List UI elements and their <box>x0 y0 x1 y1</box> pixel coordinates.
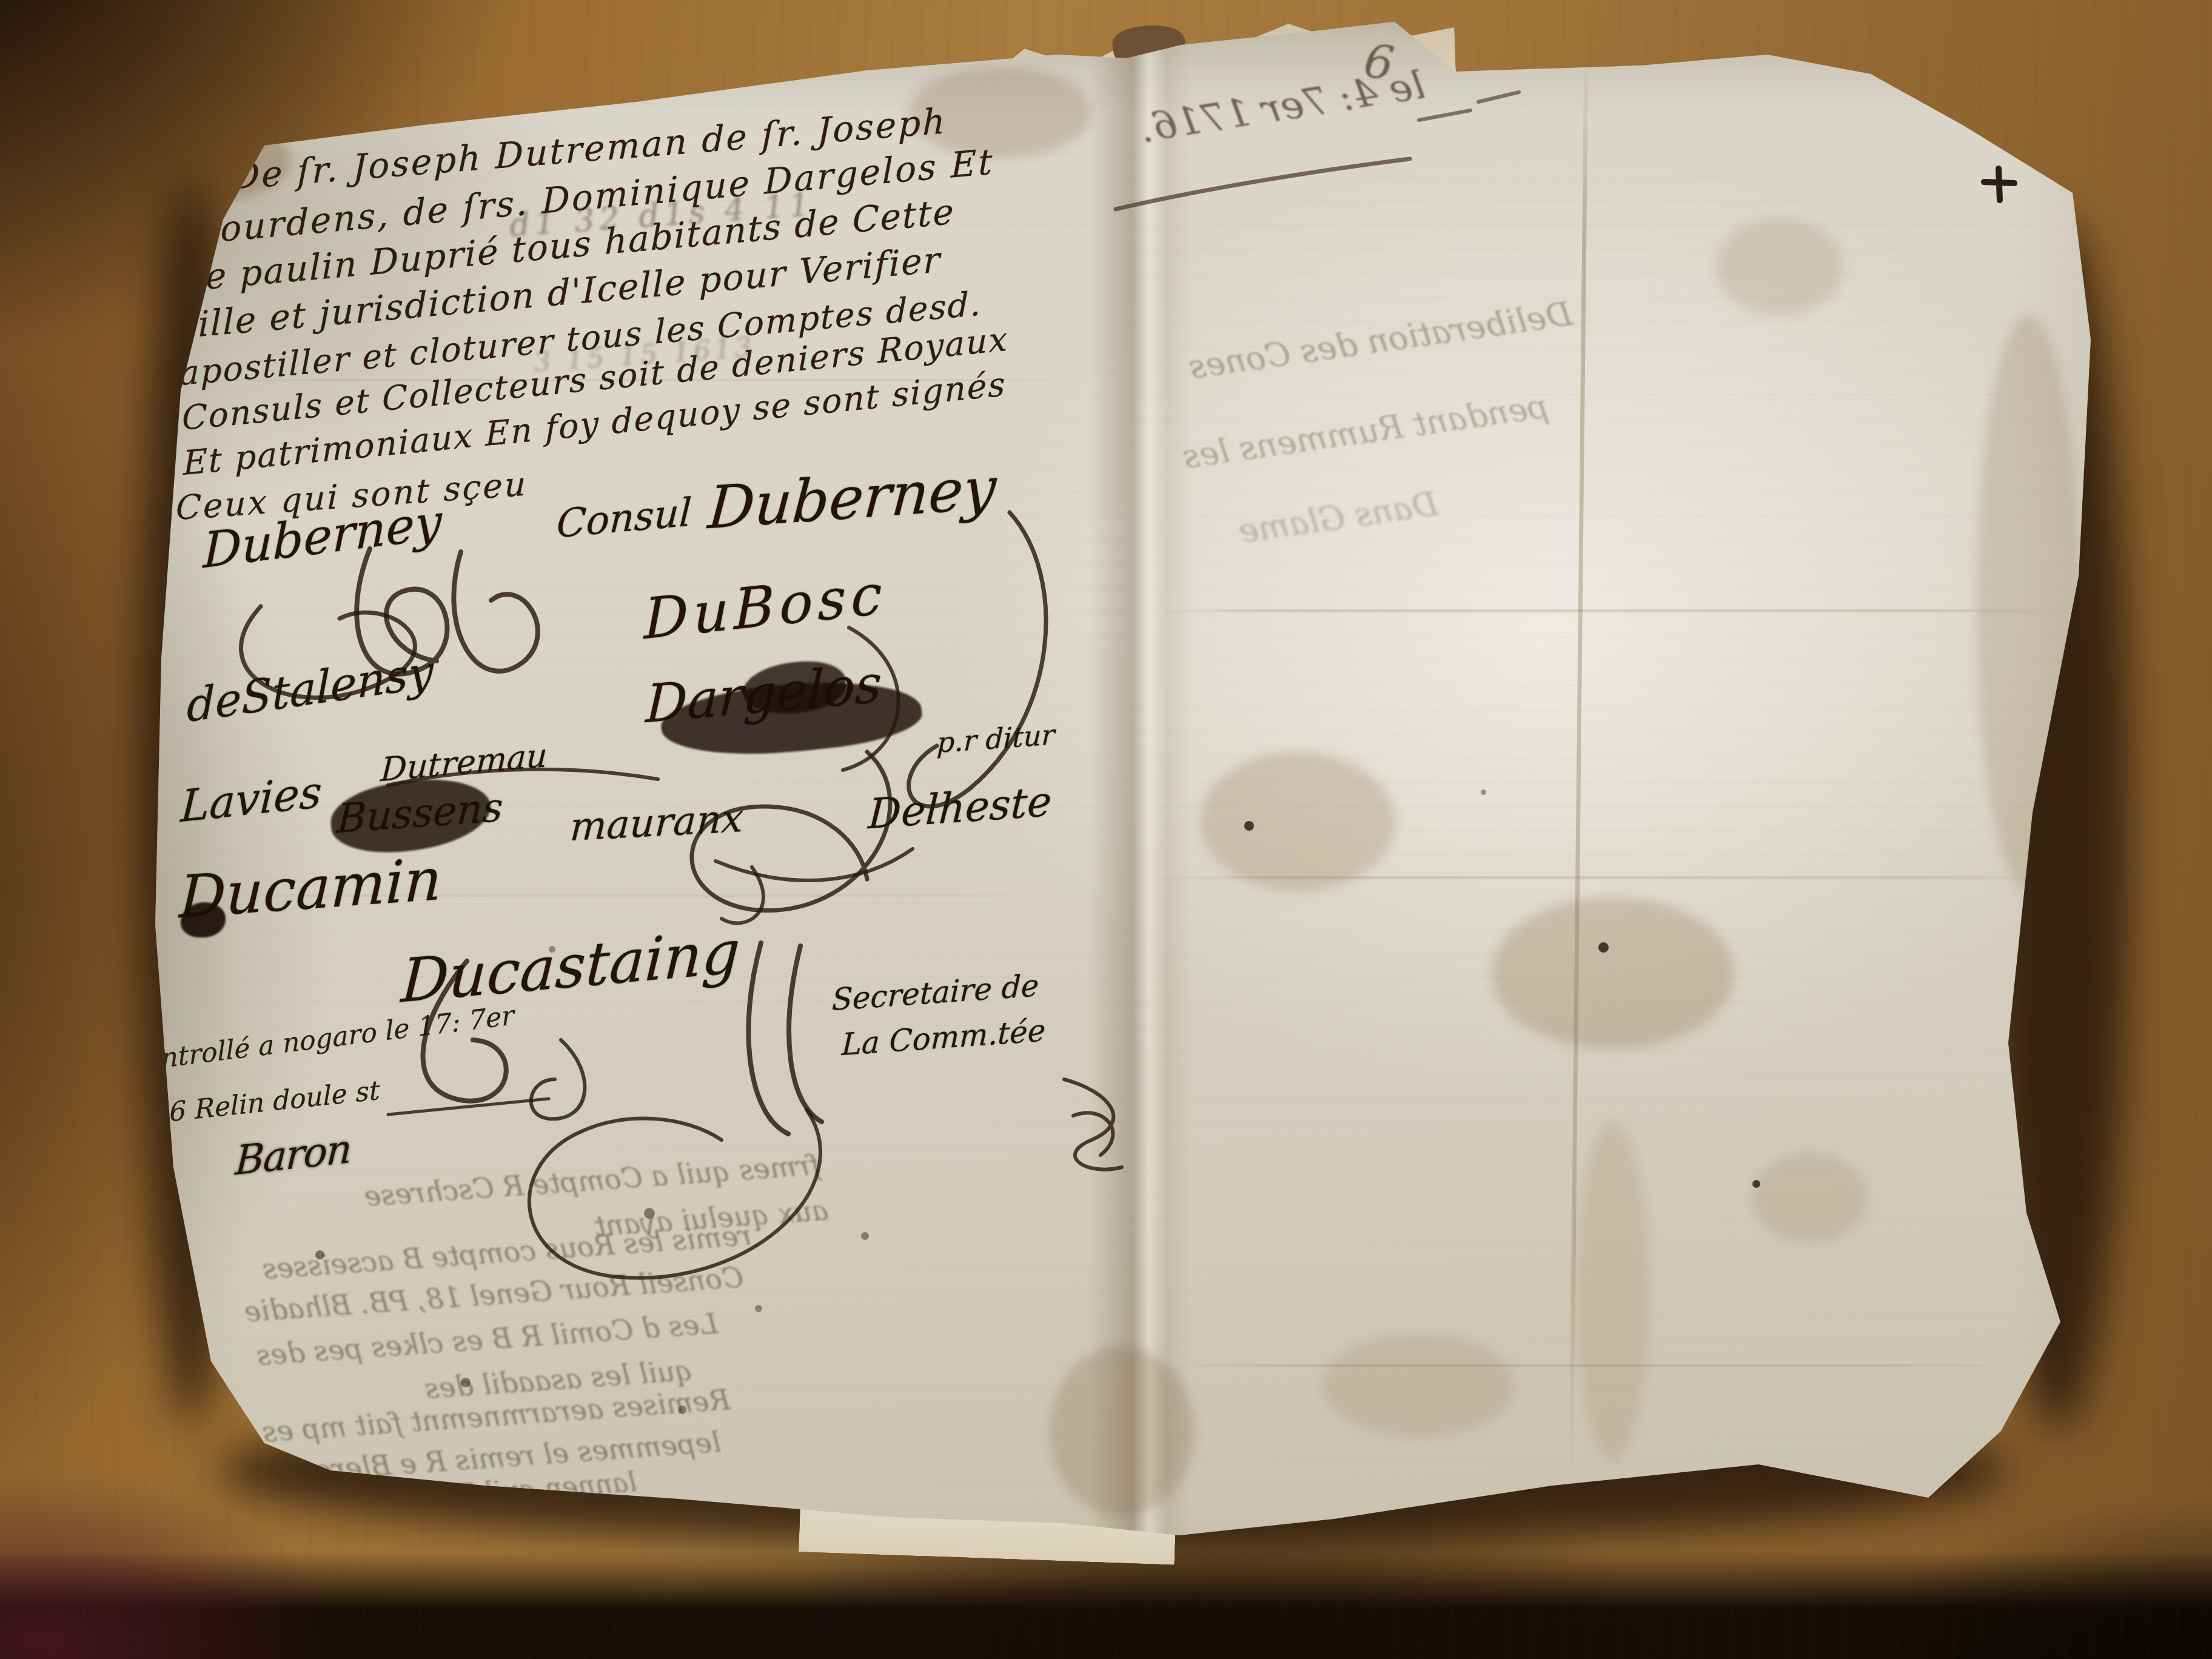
ink-speck <box>315 1250 324 1259</box>
ink-speck <box>755 1305 762 1312</box>
horizontal-fold-crease <box>1152 876 2049 879</box>
ink-speck <box>461 1378 471 1387</box>
bleedthrough-line: Remises aerarmnemnt fait mp es <box>261 1383 731 1449</box>
laid-paper-texture <box>158 55 2092 1534</box>
control-note-line1: Controllé a nogaro le 17: 7er <box>124 1000 515 1079</box>
signature-baron: Baron <box>234 1125 352 1185</box>
bleedthrough-date: le 4: 7er 1716. <box>1137 62 1428 152</box>
ink-speck <box>861 1232 869 1240</box>
signature-duberney-right: Duberney <box>706 454 999 542</box>
ink-speck <box>549 946 555 953</box>
signature-dubosc: DuBosc <box>644 561 887 652</box>
bleedthrough-line: Les d Comil R B es clkes pes des <box>255 1307 719 1372</box>
signature-delheste: Delheste <box>867 778 1053 839</box>
signature-lavies: Lavies <box>179 766 323 832</box>
bleedthrough-line: aux quelui ayant <box>594 1194 829 1243</box>
signature-ducastaing: Ducastaing <box>400 917 742 1017</box>
horizontal-fold-crease <box>182 379 1091 381</box>
bleedthrough-line: frmes quil a Compte R Cschrese <box>363 1148 821 1213</box>
ink-speck <box>678 1406 686 1414</box>
signature-bussens: Bussens <box>336 784 504 843</box>
ink-blot <box>181 902 226 937</box>
body-line: Consuls et Collecteurs soit de deniers R… <box>182 320 1009 438</box>
body-line: Ceux qui sont sçeu <box>175 464 528 528</box>
paper-stain <box>910 67 1091 158</box>
bleedthrough-mark: 6 <box>1361 33 1397 91</box>
secretary-note-line1: Secretaire de <box>831 968 1039 1017</box>
bleedthrough-line: quil les asaadil des <box>424 1354 694 1406</box>
crease-browning <box>1577 1122 1649 1461</box>
photo-of-manuscript: d1 32 d1s 4 11 3 15 15 1613 De ſr. Josep… <box>0 0 2212 1659</box>
signature-dutremau: Dutremau <box>380 736 548 789</box>
signature-destalens: deStalensy <box>187 645 434 732</box>
bleedthrough-line: pendant Rummens les <box>1181 387 1551 476</box>
signature-dargelos: Dargelos <box>645 654 883 736</box>
manuscript-double-page: d1 32 d1s 4 11 3 15 15 1613 De ſr. Josep… <box>0 0 2212 1659</box>
ink-smudge: 3 15 15 1613 <box>533 332 757 378</box>
horizontal-fold-crease <box>1182 1364 2001 1367</box>
paper-stain <box>1716 218 1843 315</box>
ink-speck <box>1598 942 1609 953</box>
signature-consul-label: Consul <box>555 490 692 547</box>
ink-blot <box>741 659 847 717</box>
paper-stain <box>1492 897 1734 1049</box>
bleedthrough-line: remis les Rous compte B acseisses <box>261 1219 752 1285</box>
ink-speck <box>644 1208 655 1219</box>
ink-speck <box>1244 821 1254 831</box>
right-page-vertical-crease <box>1569 58 1589 1489</box>
body-line: Bourdens, de ſrs. Dominique Dargelos Et <box>193 141 994 252</box>
body-line: ville et jurisdiction d'Icelle pour Veri… <box>177 239 941 347</box>
body-line: de paulin Duprié tous habitants de Cette <box>182 190 955 300</box>
body-line: Et patrimoniaux En foy dequoy se sont si… <box>183 364 1007 483</box>
paper-stain <box>1752 1152 1868 1243</box>
signature-ducamin: Ducamin <box>178 845 443 931</box>
horizontal-fold-crease <box>1152 609 2062 612</box>
ink-speck <box>1481 789 1486 795</box>
horizontal-fold-crease <box>182 894 1061 897</box>
signature-mauranx: mauranx <box>569 796 745 850</box>
ink-blot-bussens <box>327 774 494 858</box>
bleedthrough-line: Deliberation des Cones <box>1187 295 1575 386</box>
signature-dargelos-note: p.r ditur <box>936 718 1055 759</box>
center-fold-crease <box>1089 36 1192 1534</box>
ink-smudge: d1 32 d1s 4 11 <box>509 187 816 244</box>
paper-stain <box>1201 752 1395 891</box>
bleedthrough-line: Conseil Rour Genel 18, PB. Blhadie <box>243 1261 745 1328</box>
ink-blot-dargelos <box>658 671 924 765</box>
bleedthrough-line: Dans Glame <box>1236 484 1440 550</box>
signature-duberney-left: Duberney <box>203 493 442 579</box>
paper-stain <box>1322 1334 1516 1437</box>
body-line: apostiller et cloturer tous les Comptes … <box>179 284 982 393</box>
secretary-note-line2: La Comm.tée <box>841 1013 1046 1062</box>
ink-speck <box>1752 1180 1760 1188</box>
fold-browning <box>1049 1346 1195 1516</box>
